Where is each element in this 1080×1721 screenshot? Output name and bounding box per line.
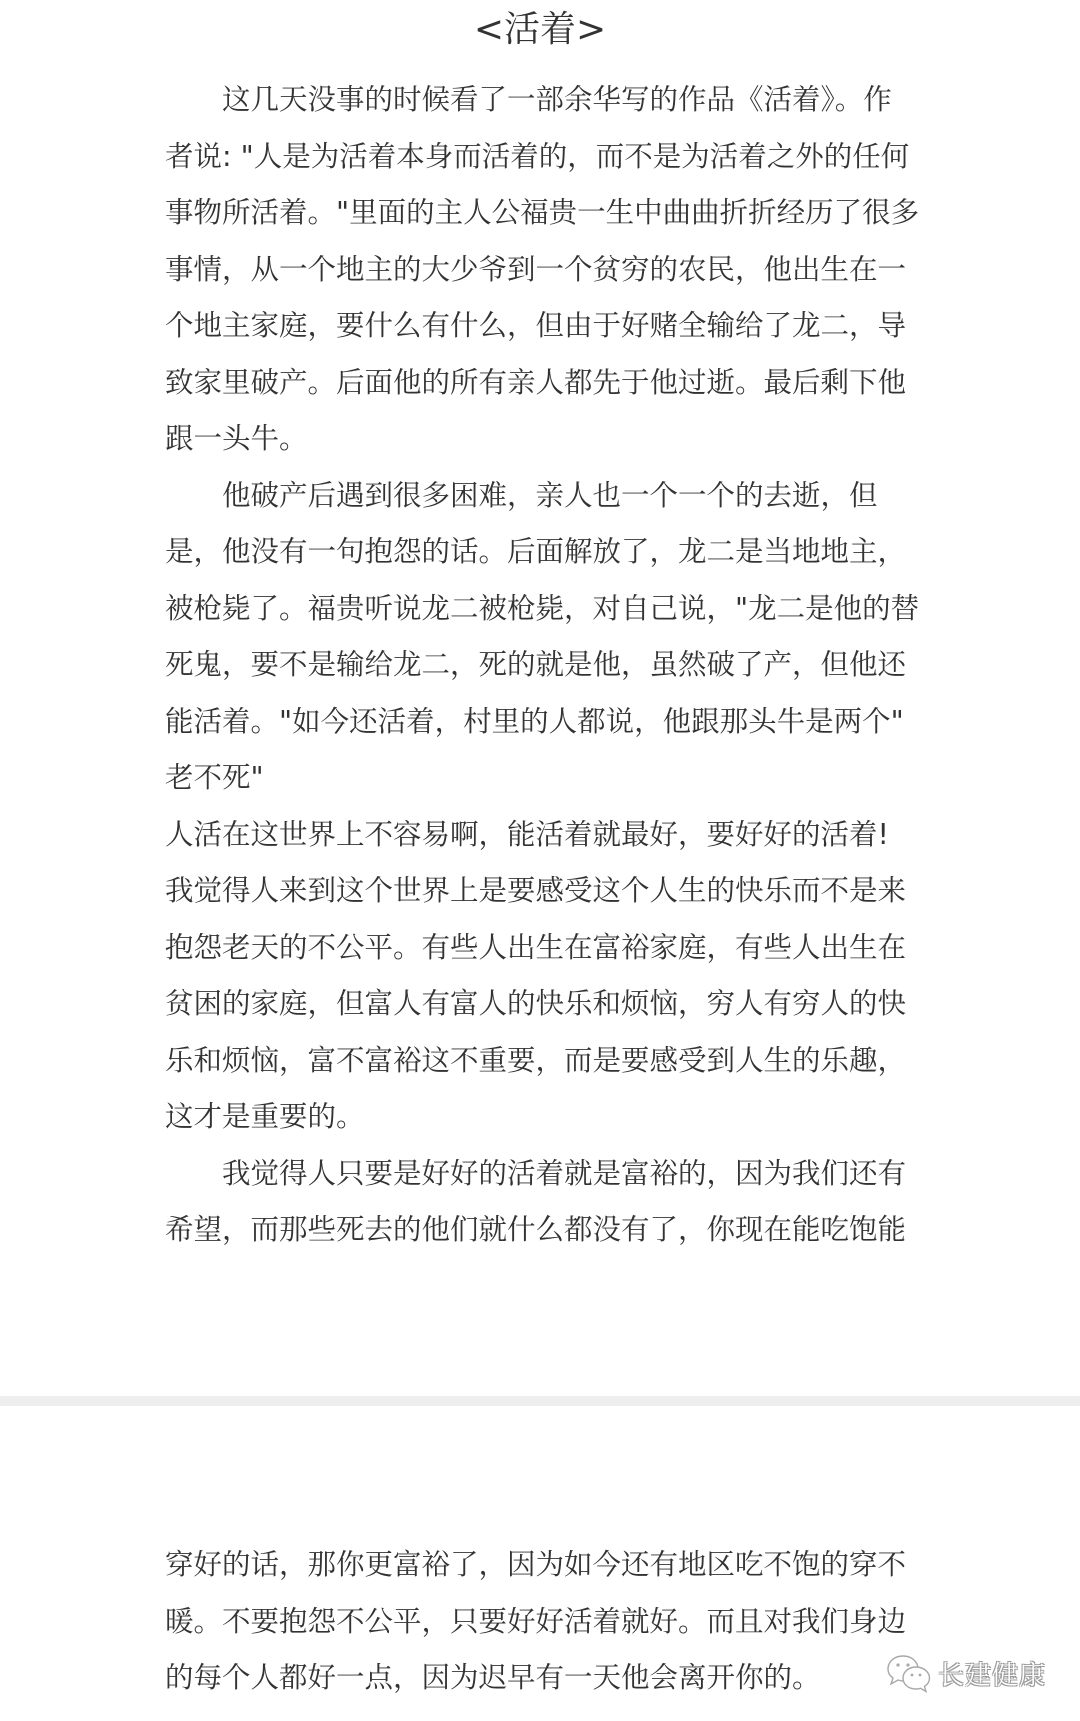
text-line: 他破产后遇到很多困难，亲人也一个一个的去逝，但 [165,468,925,525]
watermark-text: 长建健康 [938,1655,1046,1692]
text-line: 事物所活着。"里面的主人公福贵一生中曲曲折折经历了很多 [165,185,925,242]
text-line: 希望，而那些死去的他们就什么都没有了，你现在能吃饱能 [165,1202,925,1259]
text-line: 跟一头牛。 [165,411,925,468]
text-line: 者说: "人是为活着本身而活着的，而不是为活着之外的任何 [165,129,925,186]
text-line: 乐和烦恼，富不富裕这不重要，而是要感受到人生的乐趣， [165,1033,925,1090]
article-title: <活着> [0,6,1080,54]
article-body-upper: 这几天没事的时候看了一部余华写的作品《活着》。作 者说: "人是为活着本身而活着… [165,72,925,1259]
text-line: 人活在这世界上不容易啊，能活着就最好，要好好的活着! [165,807,925,864]
text-line: 致家里破产。后面他的所有亲人都先于他过逝。最后剩下他 [165,355,925,412]
text-line: 能活着。"如今还活着，村里的人都说，他跟那头牛是两个" [165,694,925,751]
text-line: 这才是重要的。 [165,1089,925,1146]
text-line: 我觉得人只要是好好的活着就是富裕的，因为我们还有 [165,1146,925,1203]
text-line: 抱怨老天的不公平。有些人出生在富裕家庭，有些人出生在 [165,920,925,977]
text-line: 的每个人都好一点，因为迟早有一天他会离开你的。 [165,1650,925,1707]
text-line: 暖。不要抱怨不公平，只要好好活着就好。而且对我们身边 [165,1594,925,1651]
article-body-lower: 穿好的话，那你更富裕了，因为如今还有地区吃不饱的穿不 暖。不要抱怨不公平，只要好… [165,1537,925,1707]
text-line: 老不死" [165,750,925,807]
text-line: 死鬼，要不是输给龙二，死的就是他，虽然破了产，但他还 [165,637,925,694]
text-line: 贫困的家庭，但富人有富人的快乐和烦恼，穷人有穷人的快 [165,976,925,1033]
text-line: 是，他没有一句抱怨的话。后面解放了，龙二是当地地主， [165,524,925,581]
text-line: 个地主家庭，要什么有什么，但由于好赌全输给了龙二，导 [165,298,925,355]
page-divider [0,1396,1080,1406]
watermark: 长建健康 [886,1652,1046,1694]
text-line: 这几天没事的时候看了一部余华写的作品《活着》。作 [165,72,925,129]
text-line: 穿好的话，那你更富裕了，因为如今还有地区吃不饱的穿不 [165,1537,925,1594]
text-line: 被枪毙了。福贵听说龙二被枪毙，对自己说，"龙二是他的替 [165,581,925,638]
text-line: 我觉得人来到这个世界上是要感受这个人生的快乐而不是来 [165,863,925,920]
wechat-icon [886,1653,932,1693]
text-line: 事情，从一个地主的大少爷到一个贫穷的农民，他出生在一 [165,242,925,299]
